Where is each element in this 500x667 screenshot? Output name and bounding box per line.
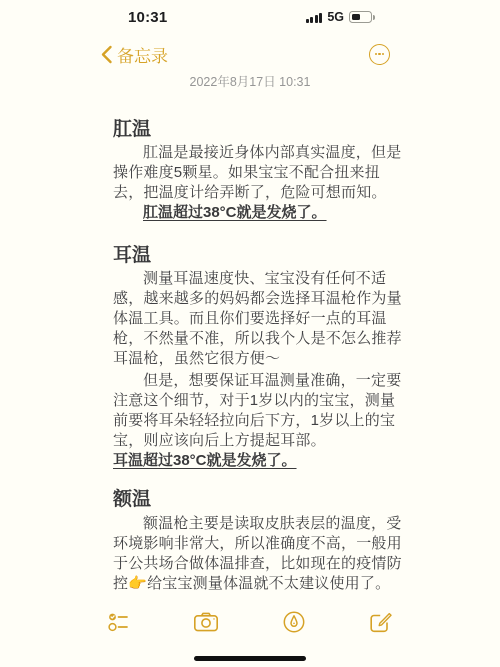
notes-app-screen: 10:31 5G 备忘录 2022年8月17日 10:31 肛温 肛温是最接近身…: [0, 0, 500, 667]
chevron-left-icon: [100, 45, 113, 64]
battery-icon: [349, 11, 372, 23]
status-time: 10:31: [100, 9, 167, 26]
paragraph: 肛温是最接近身体内部真实温度，但是 操作难度5颗星。如果宝宝不配合扭来扭 去，把…: [113, 143, 405, 203]
checklist-icon: [106, 610, 132, 634]
nav-bar: 备忘录: [100, 40, 390, 68]
markup-pen-icon: [282, 610, 306, 634]
back-button-label: 备忘录: [117, 42, 168, 67]
home-indicator[interactable]: [194, 656, 306, 661]
ellipsis-icon: [375, 53, 377, 55]
back-button[interactable]: 备忘录: [100, 42, 168, 67]
status-indicators: 5G: [306, 10, 372, 24]
section-heading-forehead: 额温: [113, 488, 405, 512]
section-heading-ear: 耳温: [113, 244, 405, 268]
checklist-button[interactable]: [104, 607, 134, 637]
more-options-button[interactable]: [369, 44, 390, 65]
status-bar: 10:31 5G: [100, 6, 372, 28]
camera-button[interactable]: [191, 607, 221, 637]
fever-threshold-note: 肛温超过38°C就是发烧了。: [113, 203, 405, 223]
network-type-label: 5G: [327, 10, 344, 24]
section-heading-rectal: 肛温: [113, 118, 405, 142]
signal-strength-icon: [306, 12, 323, 23]
compose-button[interactable]: [366, 607, 396, 637]
fever-threshold-note: 耳温超过38°C就是发烧了。: [113, 451, 405, 471]
bottom-toolbar: [104, 606, 396, 638]
paragraph: 测量耳温速度快、宝宝没有任何不适 感，越来越多的妈妈都会选择耳温枪作为量 体温工…: [113, 269, 405, 369]
note-date: 2022年8月17日 10:31: [0, 72, 500, 90]
markup-button[interactable]: [279, 607, 309, 637]
note-content[interactable]: 肛温 肛温是最接近身体内部真实温度，但是 操作难度5颗星。如果宝宝不配合扭来扭 …: [113, 112, 405, 594]
compose-icon: [368, 610, 393, 634]
paragraph: 额温枪主要是读取皮肤表层的温度，受 环境影响非常大，所以准确度不高，一般用 于公…: [113, 514, 405, 594]
camera-icon: [193, 611, 219, 633]
paragraph: 但是，想要保证耳温测量准确，一定要 注意这个细节，对于1岁以内的宝宝，测量 前要…: [113, 371, 405, 451]
